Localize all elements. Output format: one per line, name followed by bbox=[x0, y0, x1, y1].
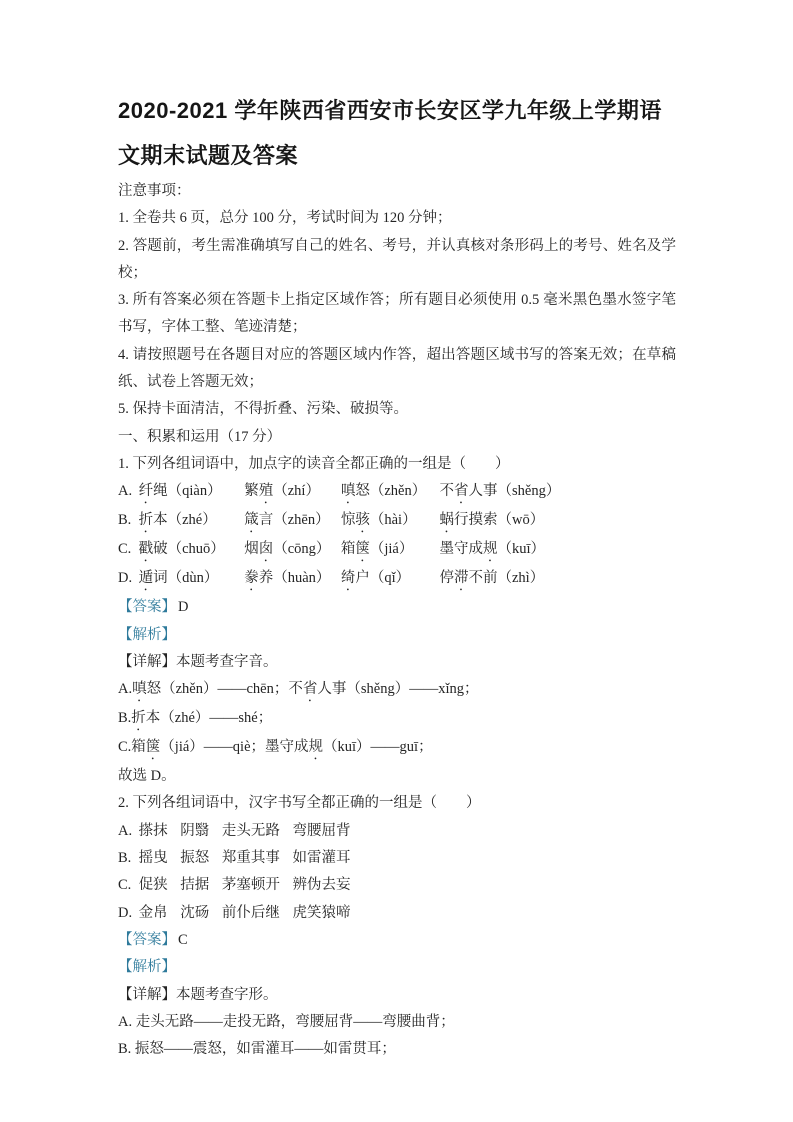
option-item: 不省人事（shěng） bbox=[440, 478, 561, 507]
option-item: 拮据 bbox=[180, 872, 209, 899]
notice-item-2: 2. 答题前，考生需准确填写自己的姓名、考号，并认真核对条形码上的考号、姓名及学… bbox=[118, 233, 676, 288]
question2-option-c: C. 促狭 拮据 茅塞顿开 辨伪去妄 bbox=[118, 872, 676, 899]
question2-answer-line: 【答案】C bbox=[118, 927, 676, 954]
option-item: 遁词（dùn） bbox=[139, 565, 241, 594]
option-item: 促狭 bbox=[139, 872, 168, 899]
question1-detail-line-c: C.箱箧（jiá）——qiè；墨守成规（kuī）——guī； bbox=[118, 734, 676, 763]
question1-option-c: C. 戳破（chuō） 烟囱（cōng） 箱箧（jiá） 墨守成规（kuī） bbox=[118, 536, 676, 565]
question2-analysis-line: 【解析】 bbox=[118, 954, 676, 981]
question2-stem: 2. 下列各组词语中，汉字书写全都正确的一组是（ ） bbox=[118, 790, 676, 817]
option-item: 绮户（qǐ） bbox=[341, 565, 436, 594]
analysis-label: 【解析】 bbox=[118, 627, 176, 643]
option-label: D. bbox=[118, 565, 135, 592]
question2-detail-line-b: B. 振怒——震怒，如雷灌耳——如雷贯耳； bbox=[118, 1036, 676, 1063]
detail-intro-text: 本题考查字形。 bbox=[176, 987, 278, 1003]
option-label: B. bbox=[118, 845, 135, 872]
notice-item-5: 5. 保持卡面清洁，不得折叠、污染、破损等。 bbox=[118, 396, 676, 423]
option-item: 墨守成规（kuī） bbox=[440, 536, 546, 565]
option-item: 阴翳 bbox=[180, 818, 209, 845]
analysis-label: 【解析】 bbox=[118, 959, 176, 975]
option-item: 茅塞顿开 bbox=[222, 872, 280, 899]
notice-item-3: 3. 所有答案必须在答题卡上指定区域作答；所有题目必须使用 0.5 毫米黑色墨水… bbox=[118, 287, 676, 342]
notice-item-1: 1. 全卷共 6 页，总分 100 分，考试时间为 120 分钟； bbox=[118, 205, 676, 232]
option-label: C. bbox=[118, 536, 135, 563]
question1-option-d: D. 遁词（dùn） 豢养（huàn） 绮户（qǐ） 停滞不前（zhì） bbox=[118, 565, 676, 594]
question1-answer-value: D bbox=[178, 599, 188, 615]
question1-option-b: B. 折本（zhé） 箴言（zhēn） 惊骇（hài） 蜗行摸索（wō） bbox=[118, 507, 676, 536]
option-item: 郑重其事 bbox=[222, 845, 280, 872]
question1-detail-line-a: A.嗔怒（zhěn）——chēn；不省人事（shěng）——xǐng； bbox=[118, 676, 676, 705]
notice-item-4: 4. 请按照题号在各题目对应的答题区域内作答，超出答题区域书写的答案无效；在草稿… bbox=[118, 342, 676, 397]
notice-header: 注意事项： bbox=[118, 178, 676, 205]
question2-option-d: D. 金帛 沈砀 前仆后继 虎笑猿啼 bbox=[118, 900, 676, 927]
question2-detail-intro: 【详解】本题考查字形。 bbox=[118, 982, 676, 1009]
question1-detail-conclusion: 故选 D。 bbox=[118, 763, 676, 790]
option-item: 折本（zhé） bbox=[139, 507, 241, 536]
option-item: 走头无路 bbox=[222, 818, 280, 845]
option-item: 弯腰屈背 bbox=[293, 818, 351, 845]
option-item: 纤绳（qiàn） bbox=[139, 478, 241, 507]
option-item: 摇曳 bbox=[139, 845, 168, 872]
document-content: 2020-2021 学年陕西省西安市长安区学九年级上学期语文期末试题及答案 注意… bbox=[118, 88, 676, 1063]
question1-answer-line: 【答案】D bbox=[118, 594, 676, 621]
option-item: 前仆后继 bbox=[222, 900, 280, 927]
option-item: 烟囱（cōng） bbox=[244, 536, 337, 565]
option-label: D. bbox=[118, 900, 135, 927]
detail-label: 【详解】 bbox=[118, 654, 176, 670]
option-item: 嗔怒（zhěn） bbox=[341, 478, 436, 507]
detail-label: 【详解】 bbox=[118, 987, 176, 1003]
option-item: 蜗行摸索（wō） bbox=[440, 507, 545, 536]
option-item: 停滞不前（zhì） bbox=[440, 565, 545, 594]
question1-stem: 1. 下列各组词语中，加点字的读音全都正确的一组是（ ） bbox=[118, 451, 676, 478]
option-item: 繁殖（zhí） bbox=[244, 478, 337, 507]
question1-detail-line-b: B.折本（zhé）——shé； bbox=[118, 705, 676, 734]
question2-detail-line-a: A. 走头无路——走投无路，弯腰屈背——弯腰曲背； bbox=[118, 1009, 676, 1036]
option-label: B. bbox=[118, 507, 135, 534]
question1-detail-intro: 【详解】本题考查字音。 bbox=[118, 649, 676, 676]
option-label: A. bbox=[118, 478, 135, 505]
option-item: 戳破（chuō） bbox=[139, 536, 241, 565]
option-item: 豢养（huàn） bbox=[244, 565, 337, 594]
question1-option-a: A. 纤绳（qiàn） 繁殖（zhí） 嗔怒（zhěn） 不省人事（shěng） bbox=[118, 478, 676, 507]
question2-option-b: B. 摇曳 振怒 郑重其事 如雷灌耳 bbox=[118, 845, 676, 872]
option-item: 如雷灌耳 bbox=[293, 845, 351, 872]
option-item: 沈砀 bbox=[180, 900, 209, 927]
option-item: 振怒 bbox=[180, 845, 209, 872]
option-item: 金帛 bbox=[139, 900, 168, 927]
option-item: 惊骇（hài） bbox=[341, 507, 436, 536]
document-title: 2020-2021 学年陕西省西安市长安区学九年级上学期语文期末试题及答案 bbox=[118, 88, 676, 178]
question1-analysis-line: 【解析】 bbox=[118, 622, 676, 649]
option-label: C. bbox=[118, 872, 135, 899]
answer-label: 【答案】 bbox=[118, 932, 176, 948]
option-item: 虎笑猿啼 bbox=[293, 900, 351, 927]
answer-label: 【答案】 bbox=[118, 599, 176, 615]
option-item: 箴言（zhēn） bbox=[244, 507, 337, 536]
detail-intro-text: 本题考查字音。 bbox=[176, 654, 278, 670]
question2-answer-value: C bbox=[178, 932, 188, 948]
option-item: 搽抹 bbox=[139, 818, 168, 845]
option-label: A. bbox=[118, 818, 135, 845]
option-item: 辨伪去妄 bbox=[293, 872, 351, 899]
exam-document-page: 2020-2021 学年陕西省西安市长安区学九年级上学期语文期末试题及答案 注意… bbox=[0, 0, 793, 1122]
option-item: 箱箧（jiá） bbox=[341, 536, 436, 565]
section-heading: 一、积累和运用（17 分） bbox=[118, 424, 676, 451]
question2-option-a: A. 搽抹 阴翳 走头无路 弯腰屈背 bbox=[118, 818, 676, 845]
